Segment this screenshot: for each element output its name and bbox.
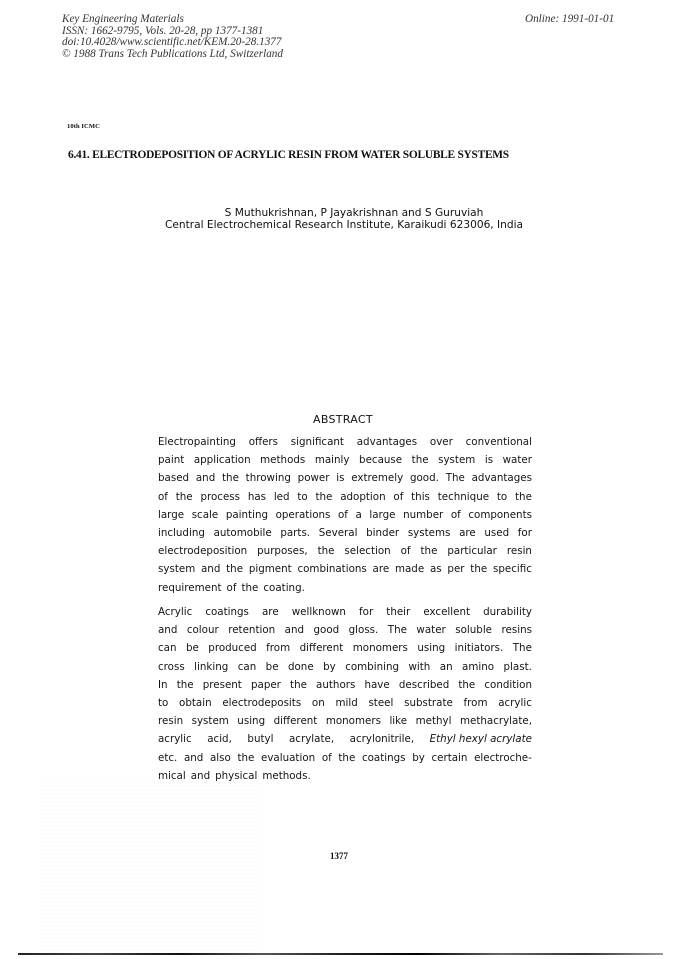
abstract-word: because [359,451,402,469]
abstract-word: mild [335,694,357,712]
abstract-word: as [430,560,442,578]
abstract-word: Electropainting [158,433,236,451]
abstract-word: resin [158,712,183,730]
abstract-word: advantages [357,433,417,451]
abstract-line: Electropaintingofferssignificantadvantag… [158,433,532,451]
abstract-word: using [417,639,445,657]
abstract-word: painting [226,506,268,524]
abstract-word: methyl [416,712,452,730]
abstract-word: over [430,433,453,451]
abstract-heading: ABSTRACT [313,413,373,426]
abstract-word: specific [493,560,532,578]
author-list: S Muthukrishnan, P Jayakrishnan and S Gu… [0,207,678,219]
abstract-word: electrodeposits [222,694,301,712]
abstract-word: paper [251,676,281,694]
abstract-word: can [238,658,257,676]
abstract-word: methacrylate, [460,712,532,730]
page-number: 1377 [330,851,348,861]
abstract-word: described [399,676,449,694]
abstract-line: etc.andalsotheevaluationofthecoatingsbyc… [158,749,532,767]
abstract-word: of [322,749,332,767]
abstract-word: water [503,451,532,469]
abstract-word: good [313,621,339,639]
abstract-word: extremely [351,469,403,487]
abstract-line: systemandthepigmentcombinationsaremadeas… [158,560,532,578]
abstract-word: large [158,506,184,524]
abstract-word: purposes, [257,542,307,560]
abstract-word: acid, [207,730,232,748]
abstract-word: cross [158,658,185,676]
abstract-word: paint [158,451,184,469]
abstract-line: crosslinkingcanbedonebycombiningwithanam… [158,658,532,676]
abstract-word: has [248,488,266,506]
abstract-line: oftheprocesshasledtotheadoptionofthistec… [158,488,532,506]
abstract-word: are [262,603,279,621]
abstract-word: retention [228,621,275,639]
abstract-word: electrodeposition [158,542,247,560]
abstract-word: In [158,676,168,694]
abstract-word: acrylonitrile, [350,730,414,748]
abstract-word: can [158,639,177,657]
abstract-word: of [393,488,403,506]
abstract-word: Several [319,524,358,542]
abstract-word: to [297,488,307,506]
abstract-paragraph-1: Electropaintingofferssignificantadvantag… [158,433,532,597]
abstract-word: system [158,560,195,578]
abstract-word: including [158,524,205,542]
abstract-word: requirement [158,579,222,597]
abstract-word: monomers [353,639,408,657]
abstract-word: technique [438,488,489,506]
abstract-word: of [158,488,168,506]
abstract-word: parts. [280,524,310,542]
abstract-word: and [158,621,177,639]
abstract-word: and [196,469,215,487]
abstract-word: substrate [404,694,453,712]
abstract-word: from [464,694,488,712]
abstract-word: made [395,560,424,578]
abstract-word: different [274,712,318,730]
abstract-word: process [200,488,240,506]
abstract-word: an [440,658,453,676]
scan-noise [40,780,260,955]
abstract-word: are [373,560,390,578]
abstract-word: mainly [315,451,350,469]
abstract-word: condition [484,676,532,694]
abstract-line: Acryliccoatingsarewellknownfortheirexcel… [158,603,532,621]
abstract-word: power [298,469,330,487]
abstract-word: is [485,451,493,469]
abstract-word: the [470,560,487,578]
abstract-word: for [359,603,373,621]
abstract-word: particular [447,542,497,560]
abstract-word: amino [462,658,494,676]
abstract-word: coatings [205,603,249,621]
abstract-word: led [274,488,290,506]
abstract-word: gloss. [349,621,379,639]
abstract-word: on [312,694,325,712]
abstract-word: different [300,639,344,657]
copyright-line: © 1988 Trans Tech Publications Ltd, Swit… [62,49,283,61]
abstract-word: the [458,676,475,694]
abstract-word: application [194,451,251,469]
abstract-word: the [290,676,307,694]
abstract-word: selection [344,542,390,560]
abstract-word: etc. [158,749,177,767]
abstract-word: the [177,676,194,694]
abstract-word: present [203,676,242,694]
abstract-word: number [403,506,443,524]
abstract-word: resin [507,542,532,560]
abstract-line: Inthepresentpapertheauthorshavedescribed… [158,676,532,694]
abstract-word: of [401,542,411,560]
abstract-word: done [288,658,314,676]
abstract-word: the [176,488,193,506]
abstract-word: for [518,524,532,542]
abstract-word: their [386,603,410,621]
abstract-word: with [408,658,430,676]
abstract-word: methods. [262,767,310,785]
abstract-word: the [222,469,239,487]
abstract-word: water [416,621,445,639]
abstract-line: canbeproducedfromdifferentmonomersusingi… [158,639,532,657]
abstract-word: acrylic [158,730,192,748]
abstract-word: durability [483,603,532,621]
abstract-word: this [411,488,430,506]
abstract-word: a [356,506,362,524]
abstract-word: the [318,542,335,560]
abstract-word: the [338,749,355,767]
abstract-word: Acrylic [158,603,192,621]
abstract-word: used [484,524,509,542]
abstract-word: the [226,560,243,578]
abstract-word: of [338,506,348,524]
journal-name: Key Engineering Materials [62,14,283,26]
abstract-word: is [336,469,344,487]
abstract-word: Ethyl hexyl acrylate [430,730,532,748]
abstract-word: coatings [362,749,406,767]
abstract-word: the [315,488,332,506]
abstract-word: also [210,749,231,767]
abstract-word: to [497,488,507,506]
abstract-word: evaluation [261,749,315,767]
abstract-line: electrodepositionpurposes,theselectionof… [158,542,532,560]
abstract-word: advantages [472,469,532,487]
abstract-word: system [438,451,475,469]
abstract-word: components [468,506,532,524]
abstract-line: toobtainelectrodepositsonmildsteelsubstr… [158,694,532,712]
abstract-word: have [364,676,389,694]
scan-edge-line [18,953,663,955]
abstract-word: wellknown [292,603,346,621]
abstract-word: produced [208,639,256,657]
abstract-word: and [201,560,220,578]
abstract-word: methods [260,451,305,469]
abstract-word: good. [410,469,439,487]
abstract-line: acrylicacid,butylacrylate,acrylonitrile,… [158,730,532,748]
abstract-line: andcolourretentionandgoodgloss.Thewaters… [158,621,532,639]
paper-title: 6.41. ELECTRODEPOSITION OF ACRYLIC RESIN… [68,149,509,161]
abstract-word: based [158,469,189,487]
abstract-word: acrylate, [289,730,334,748]
abstract-word: are [459,524,476,542]
abstract-word: and [285,621,304,639]
abstract-word: offers [249,433,278,451]
abstract-line: largescalepaintingoperationsofalargenumb… [158,506,532,524]
affiliation: Central Electrochemical Research Institu… [0,219,678,231]
conference-label: 10th ICMC [67,123,100,130]
abstract-word: plast. [504,658,532,676]
abstract-word: combining [345,658,399,676]
abstract-word: of [227,579,237,597]
abstract-word: butyl [247,730,273,748]
abstract-word: acrylic [498,694,532,712]
abstract-word: adoption [340,488,385,506]
abstract-word: per [447,560,464,578]
abstract-word: combinations [297,560,366,578]
abstract-line: requirementofthecoating. [158,579,532,597]
abstract-word: The [388,621,407,639]
abstract-word: scale [192,506,219,524]
abstract-word: by [412,749,425,767]
abstract-word: excellent [423,603,470,621]
abstract-word: the [412,451,429,469]
abstract-word: resins [502,621,532,639]
abstract-word: soluble [455,621,492,639]
citation-header: Key Engineering Materials ISSN: 1662-979… [62,14,283,60]
abstract-word: The [446,469,465,487]
abstract-word: steel [368,694,393,712]
abstract-word: electroche- [474,749,532,767]
abstract-word: certain [431,749,467,767]
abstract-word: from [266,639,290,657]
abstract-word: the [515,488,532,506]
abstract-word: linking [194,658,228,676]
abstract-word: colour [187,621,219,639]
abstract-word: initiators. [455,639,504,657]
abstract-word: automobile [214,524,272,542]
abstract-word: like [389,712,407,730]
abstract-word: operations [276,506,331,524]
abstract-word: monomers [326,712,381,730]
abstract-word: system [192,712,229,730]
abstract-paragraph-2: Acryliccoatingsarewellknownfortheirexcel… [158,603,532,785]
abstract-word: the [237,749,254,767]
abstract-word: be [186,639,199,657]
abstract-word: be [266,658,279,676]
abstract-word: of [451,506,461,524]
abstract-line: resinsystemusingdifferentmonomerslikemet… [158,712,532,730]
abstract-word: to [158,694,168,712]
abstract-word: pigment [249,560,292,578]
abstract-word: authors [316,676,355,694]
abstract-word: throwing [246,469,291,487]
abstract-word: systems [408,524,451,542]
abstract-word: significant [291,433,344,451]
abstract-word: the [241,579,258,597]
abstract-word: coating. [263,579,305,597]
abstract-word: by [323,658,336,676]
abstract-line: paintapplicationmethodsmainlybecausethes… [158,451,532,469]
abstract-word: conventional [466,433,532,451]
doi-line: doi:10.4028/www.scientific.net/KEM.20-28… [62,37,283,49]
abstract-line: includingautomobileparts.Severalbindersy… [158,524,532,542]
online-date: Online: 1991-01-01 [525,14,614,26]
abstract-word: obtain [179,694,212,712]
abstract-word: large [369,506,395,524]
abstract-word: the [421,542,438,560]
abstract-word: binder [366,524,399,542]
abstract-word: and [184,749,203,767]
abstract-word: The [513,639,532,657]
abstract-word: using [237,712,265,730]
abstract-line: basedandthethrowingpowerisextremelygood.… [158,469,532,487]
